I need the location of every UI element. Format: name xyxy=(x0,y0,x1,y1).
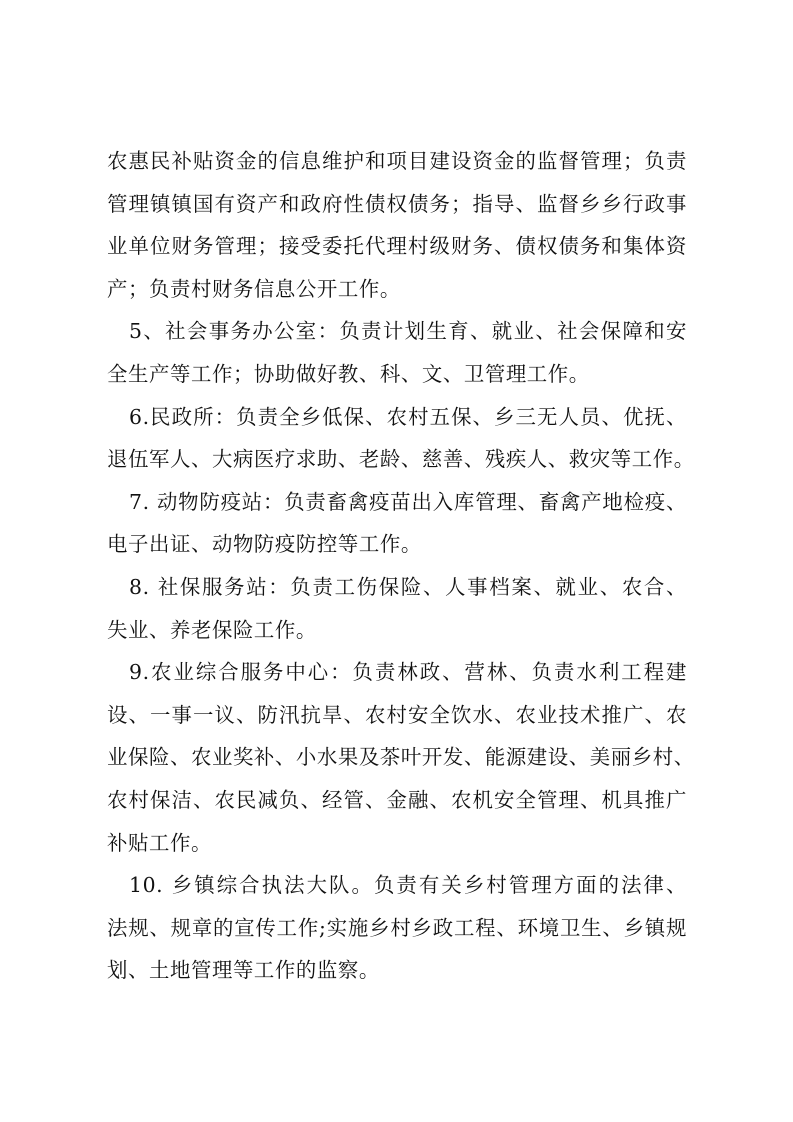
text-line: 产；负责村财务信息公开工作。 xyxy=(107,268,687,311)
text-line: 管理镇镇国有资产和政府性债权债务；指导、监督乡乡行政事 xyxy=(107,183,687,226)
document-page: 农惠民补贴资金的信息维护和项目建设资金的监督管理；负责 管理镇镇国有资产和政府性… xyxy=(0,0,793,1122)
text-line: 设、一事一议、防汛抗旱、农村安全饮水、农业技术推广、农 xyxy=(107,694,687,737)
text-line: 电子出证、动物防疫防控等工作。 xyxy=(107,523,687,566)
text-line: 9.农业综合服务中心：负责林政、营林、负责水利工程建 xyxy=(107,651,687,694)
text-line: 10. 乡镇综合执法大队。负责有关乡村管理方面的法律、 xyxy=(107,864,687,907)
paragraph-item-8: 8. 社保服务站：负责工伤保险、人事档案、就业、农合、 失业、养老保险工作。 xyxy=(107,566,687,651)
paragraph-finance-continued: 农惠民补贴资金的信息维护和项目建设资金的监督管理；负责 管理镇镇国有资产和政府性… xyxy=(107,140,687,310)
text-line: 法规、规章的宣传工作;实施乡村乡政工程、环境卫生、乡镇规 xyxy=(107,907,687,950)
text-line: 补贴工作。 xyxy=(107,822,687,865)
document-body: 农惠民补贴资金的信息维护和项目建设资金的监督管理；负责 管理镇镇国有资产和政府性… xyxy=(107,140,687,992)
paragraph-item-9: 9.农业综合服务中心：负责林政、营林、负责水利工程建 设、一事一议、防汛抗旱、农… xyxy=(107,651,687,864)
text-line: 划、土地管理等工作的监察。 xyxy=(107,949,687,992)
text-line: 失业、养老保险工作。 xyxy=(107,609,687,652)
text-line: 5、社会事务办公室：负责计划生育、就业、社会保障和安 xyxy=(107,310,687,353)
paragraph-item-10: 10. 乡镇综合执法大队。负责有关乡村管理方面的法律、 法规、规章的宣传工作;实… xyxy=(107,864,687,992)
paragraph-item-5: 5、社会事务办公室：负责计划生育、就业、社会保障和安 全生产等工作；协助做好教、… xyxy=(107,310,687,395)
text-line: 8. 社保服务站：负责工伤保险、人事档案、就业、农合、 xyxy=(107,566,687,609)
text-line: 农惠民补贴资金的信息维护和项目建设资金的监督管理；负责 xyxy=(107,140,687,183)
text-line: 6.民政所：负责全乡低保、农村五保、乡三无人员、优抚、 xyxy=(107,396,687,439)
text-line: 全生产等工作；协助做好教、科、文、卫管理工作。 xyxy=(107,353,687,396)
text-line: 农村保洁、农民减负、经管、金融、农机安全管理、机具推广 xyxy=(107,779,687,822)
text-line: 7. 动物防疫站：负责畜禽疫苗出入库管理、畜禽产地检疫、 xyxy=(107,481,687,524)
text-line: 业保险、农业奖补、小水果及茶叶开发、能源建设、美丽乡村、 xyxy=(107,736,687,779)
paragraph-item-6: 6.民政所：负责全乡低保、农村五保、乡三无人员、优抚、 退伍军人、大病医疗求助、… xyxy=(107,396,687,481)
paragraph-item-7: 7. 动物防疫站：负责畜禽疫苗出入库管理、畜禽产地检疫、 电子出证、动物防疫防控… xyxy=(107,481,687,566)
text-line: 退伍军人、大病医疗求助、老龄、慈善、残疾人、救灾等工作。 xyxy=(107,438,687,481)
text-line: 业单位财务管理；接受委托代理村级财务、债权债务和集体资 xyxy=(107,225,687,268)
